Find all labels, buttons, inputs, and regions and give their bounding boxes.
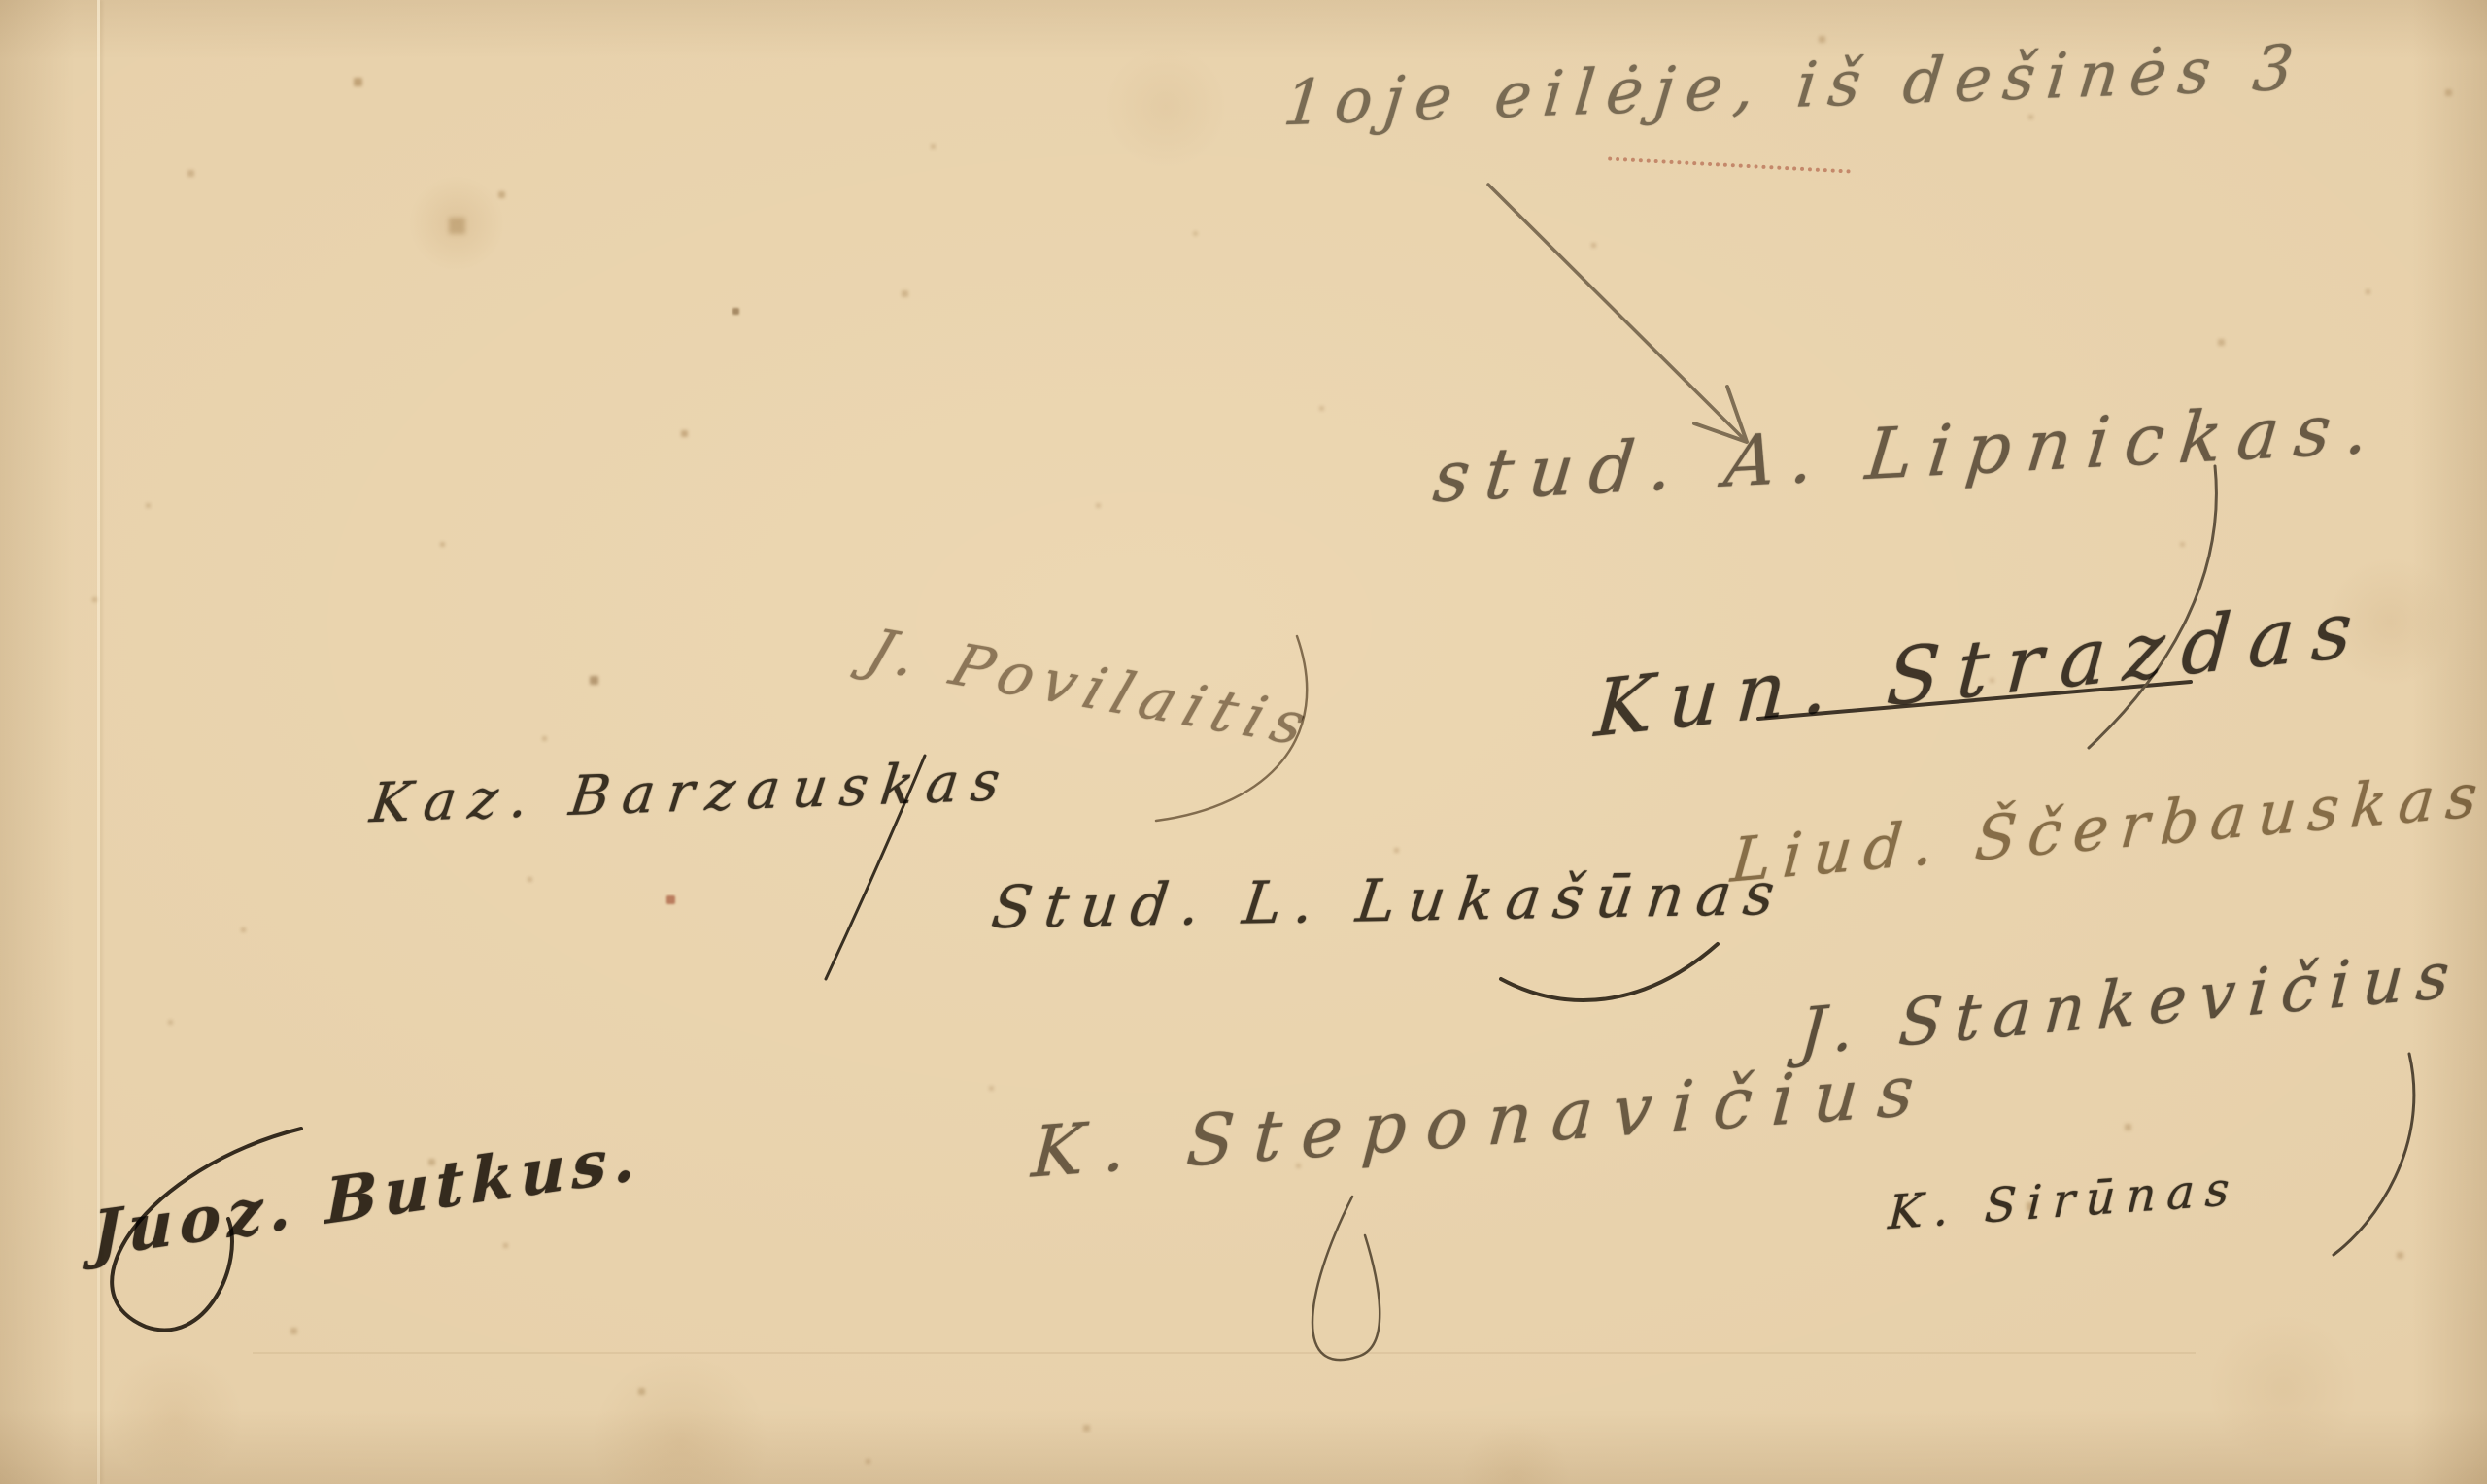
row-position-annotation: 1oje eilėje, iš dešinės 3 [1280, 37, 2307, 135]
scanned-paper: 1oje eilėje, iš dešinės 3 stud. A. Lipni… [0, 0, 2487, 1484]
foxing-spots [0, 0, 1, 1]
paper-crease-horizontal [253, 1352, 2196, 1354]
signature-sirunas: K. Sirūnas [1887, 1165, 2240, 1237]
signature-butkus: Juoz. Butkus. [92, 1128, 641, 1267]
signature-barzauskas: Kaz. Barzauskas [367, 755, 1015, 831]
signature-scerbauskas: Liud. Ščerbauskas [1729, 764, 2487, 892]
signature-stankevicius: J. Stankevičius [1797, 942, 2464, 1064]
red-pencil-mark [1608, 156, 1851, 173]
signature-povilaitis: J. Povilaitis [860, 622, 1322, 756]
underline-swash [1501, 944, 1718, 1000]
flourish-stankevicius [2334, 1054, 2414, 1255]
signature-strazdas: Kun. Strazdas [1592, 589, 2371, 749]
signature-lukasunas: Stud. L. Lukašūnas [989, 865, 1790, 937]
signature-steponavicius: K. Steponavičius [1030, 1054, 1935, 1187]
flourish-steponavicius [1312, 1197, 1380, 1360]
signature-lipnickas: stud. A. Lipnickas. [1430, 392, 2387, 513]
pointer-arrow-shaft [1488, 185, 1744, 439]
